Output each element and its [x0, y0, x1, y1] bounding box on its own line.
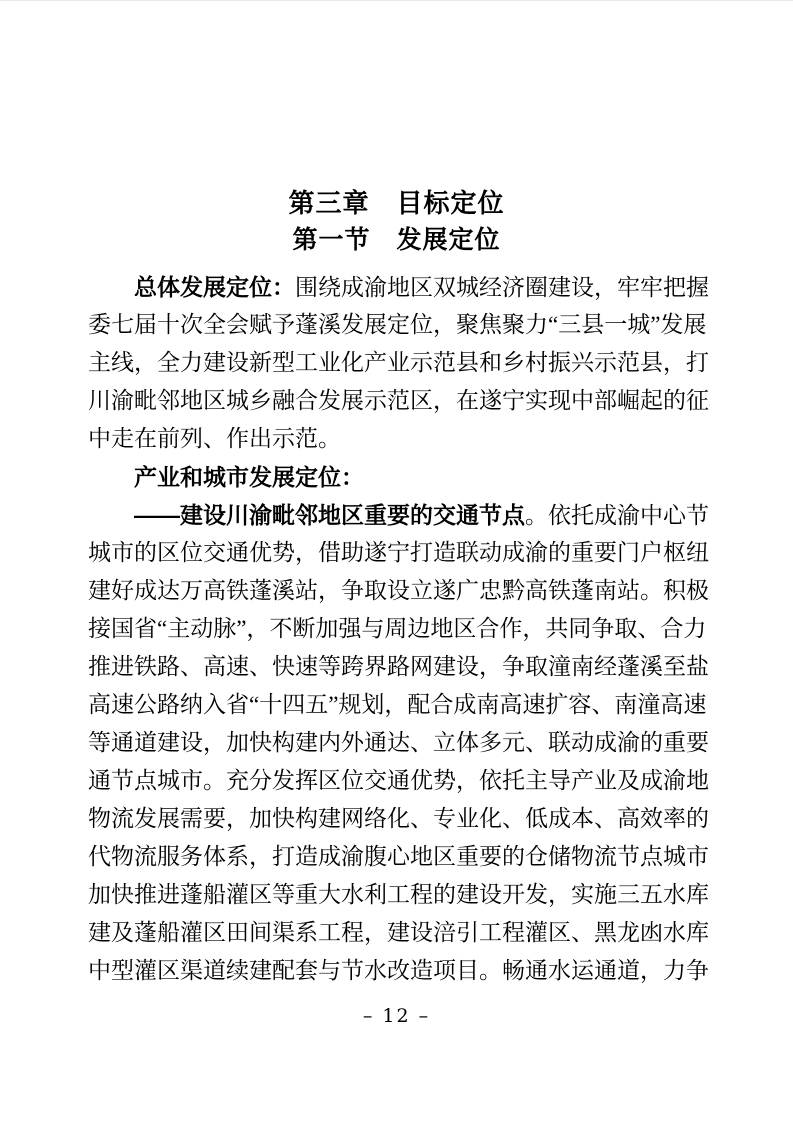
body-line: 接国省“主动脉”，不断加强与周边地区合作，共同争取、合力 — [88, 610, 710, 648]
body-line-text: 加快推进蓬船灌区等重大水利工程的建设开发，实施三五水库扩 — [88, 882, 710, 907]
paragraph-label: ——建设川渝毗邻地区重要的交通节点 — [134, 502, 525, 528]
body-line-text: 中走在前列、作出示范。 — [88, 426, 341, 451]
body-line: 物流发展需要，加快构建网络化、专业化、低成本、高效率的现 — [88, 800, 710, 838]
body-line: 产业和城市发展定位： — [88, 458, 710, 496]
body-line-text: 推进铁路、高速、快速等跨界路网建设，争取潼南经蓬溪至盐亭 — [88, 654, 710, 679]
body-line: 通节点城市。充分发挥区位交通优势，依托主导产业及成渝地区 — [88, 762, 710, 800]
body-line-text: 城市的区位交通优势，借助遂宁打造联动成渝的重要门户枢纽， — [88, 540, 710, 565]
chapter-title: 第三章 目标定位 — [0, 188, 793, 218]
body-line-text: 接国省“主动脉”，不断加强与周边地区合作，共同争取、合力 — [88, 616, 706, 641]
body-line-text: 通节点城市。充分发挥区位交通优势，依托主导产业及成渝地区 — [88, 768, 710, 793]
body-line-text: 川渝毗邻地区城乡融合发展示范区，在遂宁实现中部崛起的征程 — [88, 388, 710, 413]
body-line-text: 中型灌区渠道续建配套与节水改造项目。畅通水运通道，力争遂 — [88, 958, 710, 983]
body-line: 建好成达万高铁蓬溪站，争取设立遂广忠黔高铁蓬南站。积极对 — [88, 572, 710, 610]
page-number: – 12 – — [0, 1004, 793, 1028]
paragraph-label: 总体发展定位： — [134, 274, 295, 300]
body-line: 推进铁路、高速、快速等跨界路网建设，争取潼南经蓬溪至盐亭 — [88, 648, 710, 686]
body-line: 高速公路纳入省“十四五”规划，配合成南高速扩容、南潼高速 — [88, 686, 710, 724]
body-line: 等通道建设，加快构建内外通达、立体多元、联动成渝的重要交 — [88, 724, 710, 762]
body-line: 委七届十次全会赋予蓬溪发展定位，聚焦聚力“三县一城”发展 — [88, 306, 710, 344]
body-line-text: 物流发展需要，加快构建网络化、专业化、低成本、高效率的现 — [88, 806, 710, 831]
paragraph-label: 产业和城市发展定位： — [134, 464, 364, 490]
body-line-text: 。依托成渝中心节点 — [525, 503, 710, 528]
body-line: 主线，全力建设新型工业化产业示范县和乡村振兴示范县，打造 — [88, 344, 710, 382]
body-line-text: 高速公路纳入省“十四五”规划，配合成南高速扩容、南潼高速 — [88, 692, 706, 717]
body-line: 加快推进蓬船灌区等重大水利工程的建设开发，实施三五水库扩 — [88, 876, 710, 914]
body-line-text: 委七届十次全会赋予蓬溪发展定位，聚焦聚力“三县一城”发展 — [88, 312, 706, 337]
body-line-text: 建好成达万高铁蓬溪站，争取设立遂广忠黔高铁蓬南站。积极对 — [88, 578, 710, 603]
section-title: 第一节 发展定位 — [0, 226, 793, 256]
body-line: ——建设川渝毗邻地区重要的交通节点。依托成渝中心节点 — [88, 496, 710, 534]
body-text: 总体发展定位：围绕成渝地区双城经济圈建设，牢牢把握市 委七届十次全会赋予蓬溪发展… — [88, 268, 710, 990]
body-line-text: 代物流服务体系，打造成渝腹心地区重要的仓储物流节点城市。 — [88, 844, 710, 869]
body-line-text: 围绕成渝地区双城经济圈建设，牢牢把握市 — [295, 275, 710, 300]
body-line: 城市的区位交通优势，借助遂宁打造联动成渝的重要门户枢纽， — [88, 534, 710, 572]
body-line: 建及蓬船灌区田间渠系工程，建设涪引工程灌区、黑龙凼水库等 — [88, 914, 710, 952]
body-line: 代物流服务体系，打造成渝腹心地区重要的仓储物流节点城市。 — [88, 838, 710, 876]
body-line: 总体发展定位：围绕成渝地区双城经济圈建设，牢牢把握市 — [88, 268, 710, 306]
body-line: 中走在前列、作出示范。 — [88, 420, 710, 458]
body-line-text: 主线，全力建设新型工业化产业示范县和乡村振兴示范县，打造 — [88, 350, 710, 375]
body-line: 川渝毗邻地区城乡融合发展示范区，在遂宁实现中部崛起的征程 — [88, 382, 710, 420]
document-page: 第三章 目标定位 第一节 发展定位 总体发展定位：围绕成渝地区双城经济圈建设，牢… — [0, 0, 793, 1122]
body-line-text: 建及蓬船灌区田间渠系工程，建设涪引工程灌区、黑龙凼水库等 — [88, 920, 710, 945]
body-line: 中型灌区渠道续建配套与节水改造项目。畅通水运通道，力争遂 — [88, 952, 710, 990]
body-line-text: 等通道建设，加快构建内外通达、立体多元、联动成渝的重要交 — [88, 730, 710, 755]
